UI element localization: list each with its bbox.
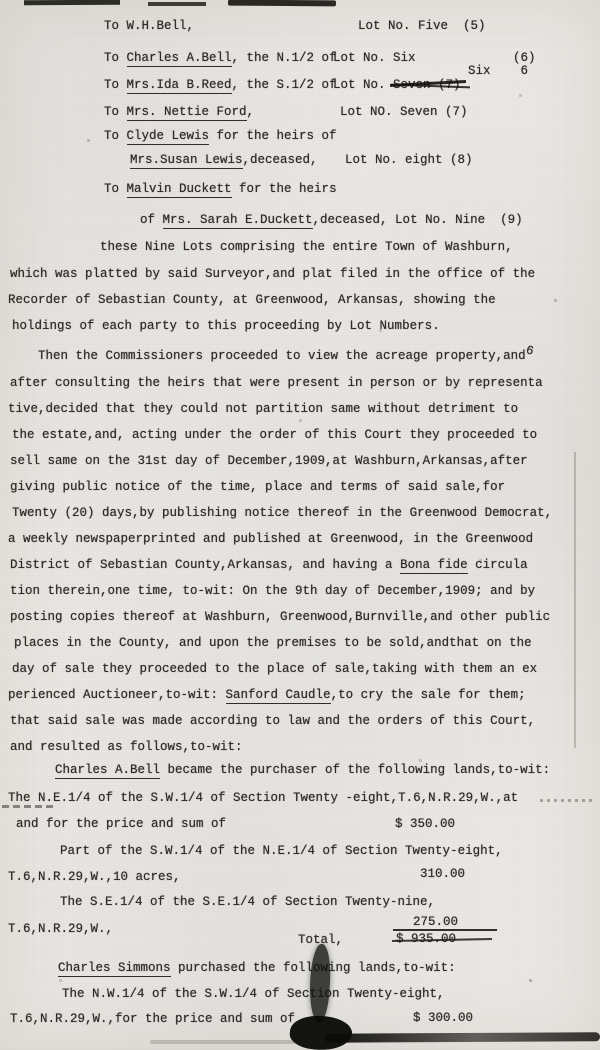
lot-row-6-post: ,deceased, [243, 153, 318, 167]
sale2-amount-value: $ 300.00 [413, 1011, 473, 1025]
paragraph1-line2: which was platted by said Surveyor,and p… [10, 266, 535, 282]
stray-ink-character: 6 [524, 342, 535, 359]
paragraph2-line9-post: circula [468, 558, 528, 572]
paragraph2-line13: day of sale they proceeded to the place … [12, 661, 537, 677]
paragraph2-line15: that said sale was made according to law… [10, 713, 535, 729]
paragraph2-line8: a weekly newspaperprinted and published … [8, 531, 533, 547]
sale1-line5: The S.E.1/4 of the S.E.1/4 of Section Tw… [60, 894, 435, 910]
lot-row-8-post: ,deceased, Lot No. Nine (9) [313, 213, 523, 227]
sale2-line2-text: T.6,N.R.29,W.,for the price and sum of [10, 1012, 295, 1026]
lot-row-2-pre: To [104, 51, 127, 65]
sale1-amount1: $ 350.00 [395, 816, 455, 832]
paragraph2-line4-text: the estate,and, acting under the order o… [12, 428, 537, 442]
sale1-line3-text: Part of the S.W.1/4 of the N.E.1/4 of Se… [60, 844, 503, 858]
paragraph2-line3: tive,decided that they could not partiti… [8, 401, 518, 417]
paragraph2-line5-text: sell same on the 31st day of December,19… [10, 454, 528, 468]
paper-speckles [0, 0, 1, 1]
sale2-line1: The N.W.1/4 of the S.W.1/4 of Section Tw… [62, 986, 445, 1002]
lot-row-7-pre: To [104, 182, 127, 196]
paragraph2-line10-text: tion therein,one time, to-wit: On the 9t… [10, 584, 535, 598]
ink-smudge-bottom-left [150, 1040, 295, 1044]
paragraph2-line14: perienced Auctioneer,to-wit: Sanford Cau… [8, 687, 526, 703]
lot-row-2-post: , the N.1/2 of [232, 51, 337, 65]
paragraph2-line7: Twenty (20) days,by publishing notice th… [12, 505, 552, 521]
paragraph2-line4: the estate,and, acting under the order o… [12, 427, 537, 443]
sale1-line6-text: T.6,N.R.29,W., [8, 922, 113, 936]
paragraph2-line7-text: Twenty (20) days,by publishing notice th… [12, 506, 552, 520]
ink-bar-bottom [325, 1032, 600, 1042]
lot-row-6-right: Lot No. eight (8) [345, 152, 473, 168]
paragraph2-line15-text: that said sale was made according to law… [10, 714, 535, 728]
lot-row-7-post: for the heirs [232, 182, 337, 196]
scanned-document-page: To W.H.Bell, Lot No. Five (5) To Charles… [0, 0, 600, 1050]
paragraph2-line12-text: places in the County, and upon the premi… [14, 636, 532, 650]
paragraph1-line4: holdings of each party to this proceedin… [12, 318, 440, 334]
sale1-heading: Charles A.Bell became the purchaser of t… [55, 762, 550, 778]
lot-row-6-name-underlined: Mrs.Susan Lewis [130, 153, 243, 169]
pencil-dots-right-margin [540, 799, 596, 802]
lot-row-5-pre: To [104, 129, 127, 143]
lot-row-3-lot-label: Lot No. [333, 78, 393, 92]
paragraph1-line1: these Nine Lots comprising the entire To… [100, 239, 513, 255]
lot-row-4-pre: To [104, 105, 127, 119]
paragraph2-line12: places in the County, and upon the premi… [14, 635, 532, 651]
paragraph2-line5: sell same on the 31st day of December,19… [10, 453, 528, 469]
lot-row-8-left: of Mrs. Sarah E.Duckett,deceased, Lot No… [140, 212, 523, 228]
sale2-heading: Charles Simmons purchased the following … [58, 960, 456, 976]
lot-row-4-right: Lot NO. Seven (7) [340, 104, 468, 120]
lot-row-1-right: Lot No. Five (5) [358, 18, 486, 34]
lot-row-3-post: , the S.1/2 of [232, 78, 337, 92]
sale1-amount2: 310.00 [420, 866, 465, 882]
sale2-amount: $ 300.00 [413, 1010, 473, 1026]
lot-row-4-name-underlined: Mrs. Nettie Ford [127, 105, 247, 121]
bona-fide-underlined: Bona fide [400, 558, 468, 574]
sale1-amount2-value: 310.00 [420, 867, 465, 881]
lot-row-2-name-underlined: Charles A.Bell [127, 51, 232, 67]
lot-row-2-interline-text: Six 6 [468, 64, 528, 78]
sale1-amount3-value: 275.00 [413, 915, 458, 929]
lot-row-8-name-underlined: Mrs. Sarah E.Duckett [163, 213, 313, 229]
paragraph2-line16-text: and resulted as follows,to-wit: [10, 740, 243, 754]
pencil-dashes-left-margin [2, 805, 54, 808]
lot-row-5-name-underlined: Clyde Lewis [127, 129, 210, 145]
paragraph2-line1-text: Then the Commissioners proceeded to view… [38, 349, 526, 363]
lot-row-4-lot: Lot NO. Seven (7) [340, 105, 468, 119]
lot-row-8-pre: of [140, 213, 163, 227]
paragraph2-line11-text: posting copies thereof at Washburn, Gree… [10, 610, 550, 624]
sale1-line4-text: T.6,N.R.29,W.,10 acres, [8, 870, 181, 884]
lot-row-3-left: To Mrs.Ida B.Reed, the S.1/2 of [104, 77, 337, 93]
sale1-amount3: 275.00 [413, 914, 458, 930]
fold-line-right [574, 452, 576, 748]
ink-blob-bottom [288, 1013, 353, 1050]
sale1-line1-text: The N.E.1/4 of the S.W.1/4 of Section Tw… [8, 791, 518, 805]
paragraph1-line4-text: holdings of each party to this proceedin… [12, 319, 440, 333]
paragraph2-line3-text: tive,decided that they could not partiti… [8, 402, 518, 416]
paragraph2-line1: Then the Commissioners proceeded to view… [38, 348, 533, 364]
sale1-amount1-value: $ 350.00 [395, 817, 455, 831]
paragraph2-line11: posting copies thereof at Washburn, Gree… [10, 609, 550, 625]
lot-row-6-left: Mrs.Susan Lewis,deceased, [130, 152, 318, 168]
sale1-line1: The N.E.1/4 of the S.W.1/4 of Section Tw… [8, 790, 518, 806]
lot-row-6-lot: Lot No. eight (8) [345, 153, 473, 167]
paragraph2-line2: after consulting the heirs that were pre… [10, 375, 543, 391]
lot-row-1-text: To W.H.Bell, [104, 19, 194, 33]
lot-row-5-left: To Clyde Lewis for the heirs of [104, 128, 337, 144]
sale1-line3: Part of the S.W.1/4 of the N.E.1/4 of Se… [60, 843, 503, 859]
sale2-purchaser-underlined: Charles Simmons [58, 961, 171, 977]
paragraph2-line2-text: after consulting the heirs that were pre… [10, 376, 543, 390]
lot-row-4-post: , [247, 105, 255, 119]
sale1-line5-text: The S.E.1/4 of the S.E.1/4 of Section Tw… [60, 895, 435, 909]
paragraph2-line14-pre: perienced Auctioneer,to-wit: [8, 688, 226, 702]
lot-row-3-pre: To [104, 78, 127, 92]
sale1-heading-post: became the purchaser of the following la… [160, 763, 550, 777]
sanford-caudle-underlined: Sanford Caudle [226, 688, 331, 704]
lot-row-1-left: To W.H.Bell, [104, 18, 194, 34]
lot-row-3-name-underlined: Mrs.Ida B.Reed [127, 78, 232, 94]
lot-row-3-right: Lot No. Seven (7) [333, 77, 461, 93]
paragraph2-line9-pre: District of Sebastian County,Arkansas, a… [10, 558, 400, 572]
lot-row-7-name-underlined: Malvin Duckett [127, 182, 232, 198]
lot-row-2-interline-correction: Six 6 [468, 63, 528, 79]
ink-streak-vertical [307, 943, 332, 1022]
paragraph2-line6-text: giving public notice of the time, place … [10, 480, 505, 494]
top-edge-ink-mark [148, 2, 206, 6]
lot-row-2-left: To Charles A.Bell, the N.1/2 of [104, 50, 337, 66]
sale2-line1-text: The N.W.1/4 of the S.W.1/4 of Section Tw… [62, 987, 445, 1001]
paragraph2-line8-text: a weekly newspaperprinted and published … [8, 532, 533, 546]
paragraph2-line9: District of Sebastian County,Arkansas, a… [10, 557, 528, 573]
sale1-purchaser-underlined: Charles A.Bell [55, 763, 160, 779]
paragraph2-line13-text: day of sale they proceeded to the place … [12, 662, 537, 676]
sale1-line6: T.6,N.R.29,W., [8, 921, 113, 937]
sale1-line4: T.6,N.R.29,W.,10 acres, [8, 869, 181, 885]
top-edge-ink-mark [24, 0, 120, 5]
lot-row-5-post: for the heirs of [209, 129, 337, 143]
lot-row-1-lot: Lot No. Five (5) [358, 19, 486, 33]
lot-row-7-left: To Malvin Duckett for the heirs [104, 181, 337, 197]
paragraph1-line1-text: these Nine Lots comprising the entire To… [100, 240, 513, 254]
paragraph2-line14-post: ,to cry the sale for them; [331, 688, 526, 702]
paragraph1-line3-text: Recorder of Sebastian County, at Greenwo… [8, 293, 496, 307]
paragraph2-line10: tion therein,one time, to-wit: On the 9t… [10, 583, 535, 599]
sale1-line2-text: and for the price and sum of [16, 817, 226, 831]
top-edge-ink-mark [228, 0, 336, 6]
paragraph1-line3: Recorder of Sebastian County, at Greenwo… [8, 292, 496, 308]
sale1-line2: and for the price and sum of [16, 816, 226, 832]
paragraph1-line2-text: which was platted by said Surveyor,and p… [10, 267, 535, 281]
paragraph2-line6: giving public notice of the time, place … [10, 479, 505, 495]
lot-row-4-left: To Mrs. Nettie Ford, [104, 104, 254, 120]
paragraph2-line16: and resulted as follows,to-wit: [10, 739, 243, 755]
lot-row-3-struck-out-value: Seven (7) [393, 77, 461, 93]
sale2-line2: T.6,N.R.29,W.,for the price and sum of [10, 1011, 295, 1027]
